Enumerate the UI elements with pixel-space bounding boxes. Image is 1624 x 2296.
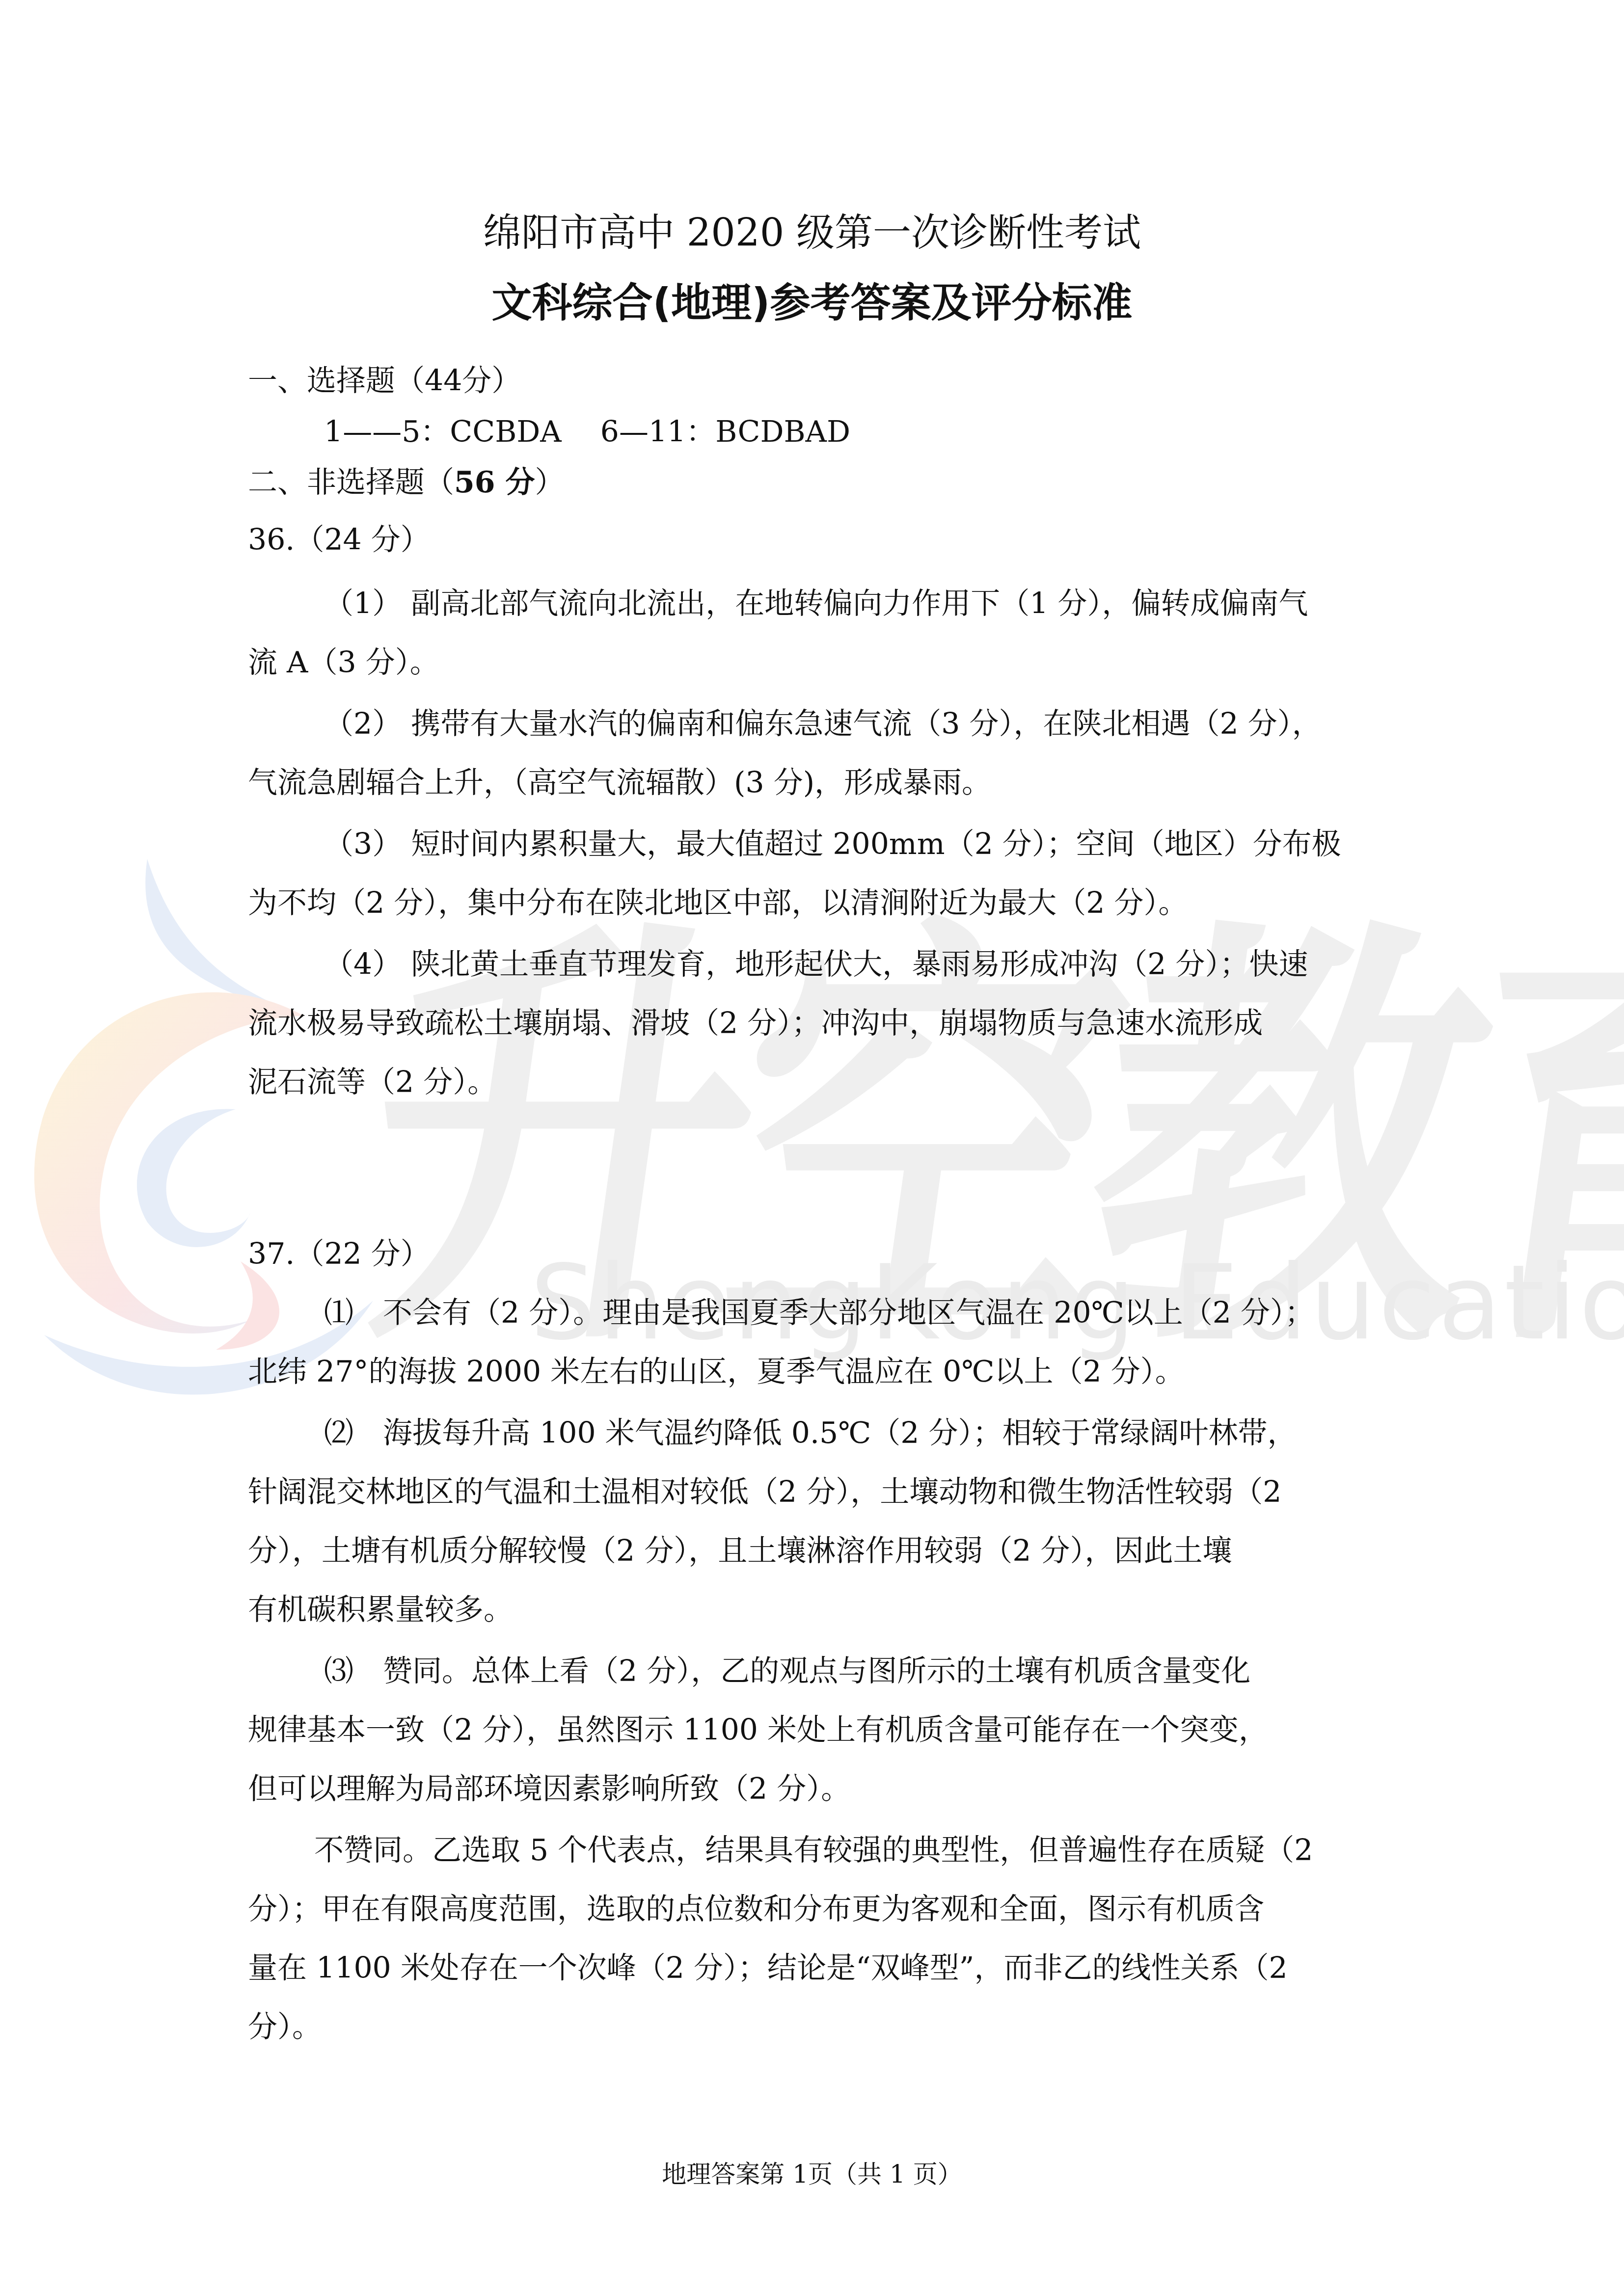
- q37-line: 北纬 27°的海拔 2000 米左右的山区，夏季气温应在 0℃以上（2 分）。: [248, 1352, 1392, 1391]
- q36-line: 流水极易导致疏松土壤崩塌、滑坡（2 分）；冲沟中，崩塌物质与急速水流形成: [248, 1004, 1392, 1043]
- q37-line: 量在 1100 米处存在一个次峰（2 分）；结论是“双峰型”，而非乙的线性关系（…: [248, 1949, 1392, 1988]
- heading-suffix: ）: [535, 465, 564, 500]
- q37-line: ⑶ 赞同。总体上看（2 分），乙的观点与图所示的土壤有机质含量变化: [324, 1652, 1468, 1691]
- choice-answers: 1——5：CCBDA 6—11：BCDBAD: [324, 412, 1468, 452]
- page-footer: 地理答案第 1页（共 1 页）: [0, 2157, 1624, 2191]
- q37-line: 规律基本一致（2 分），虽然图示 1100 米处上有机质含量可能存在一个突变，: [248, 1710, 1392, 1750]
- document-title: 绵阳市高中 2020 级第一次诊断性考试: [0, 209, 1624, 258]
- q36-line: （3） 短时间内累积量大，最大值超过 200mm（2 分）；空间（地区）分布极: [324, 825, 1468, 864]
- q37-line: 不赞同。乙选取 5 个代表点，结果具有较强的典型性，但普遍性存在质疑（2: [314, 1831, 1458, 1870]
- q36-line: 流 A（3 分）。: [248, 643, 1392, 682]
- q36-line: 气流急剧辐合上升，（高空气流辐散）(3 分)，形成暴雨。: [248, 763, 1392, 802]
- section-heading-non-choice: 二、非选择题（56 分）: [248, 463, 1392, 502]
- q37-line: 分）。: [248, 2007, 1392, 2047]
- question-36-heading: 36.（24 分）: [248, 520, 1392, 560]
- q37-line: ⑵ 海拔每升高 100 米气温约降低 0.5℃（2 分）；相较于常绿阔叶林带，: [324, 1414, 1468, 1453]
- q36-line: 泥石流等（2 分）。: [248, 1063, 1392, 1102]
- q37-line: ⑴ 不会有（2 分）。理由是我国夏季大部分地区气温在 20℃以上（2 分）；: [324, 1293, 1468, 1333]
- q36-line: （2） 携带有大量水汽的偏南和偏东急速气流（3 分），在陕北相遇（2 分），: [324, 704, 1468, 744]
- q36-line: （1） 副高北部气流向北流出，在地转偏向力作用下（1 分），偏转成偏南气: [324, 584, 1468, 623]
- heading-prefix: 二、非选择题（: [248, 465, 454, 500]
- question-37-heading: 37.（22 分）: [248, 1234, 1392, 1274]
- q37-line: 但可以理解为局部环境因素影响所致（2 分）。: [248, 1769, 1392, 1809]
- q37-line: 分），土塘有机质分解较慢（2 分），且土壤淋溶作用较弱（2 分），因此土壤: [248, 1531, 1392, 1571]
- section-heading-choice: 一、选择题（44分）: [248, 361, 1392, 400]
- q36-line: 为不均（2 分），集中分布在陕北地区中部，以清涧附近为最大（2 分）。: [248, 883, 1392, 923]
- document-subtitle: 文科综合(地理)参考答案及评分标准: [0, 279, 1624, 328]
- q37-line: 有机碳积累量较多。: [248, 1590, 1392, 1629]
- q37-line: 分）；甲在有限高度范围，选取的点位数和分布更为客观和全面，图示有机质含: [248, 1890, 1392, 1929]
- q37-line: 针阔混交林地区的气温和土温相对较低（2 分），土壤动物和微生物活性较弱（2: [248, 1472, 1392, 1512]
- q36-line: （4） 陕北黄土垂直节理发育，地形起伏大，暴雨易形成冲沟（2 分）；快速: [324, 945, 1468, 984]
- heading-score: 56 分: [454, 465, 535, 500]
